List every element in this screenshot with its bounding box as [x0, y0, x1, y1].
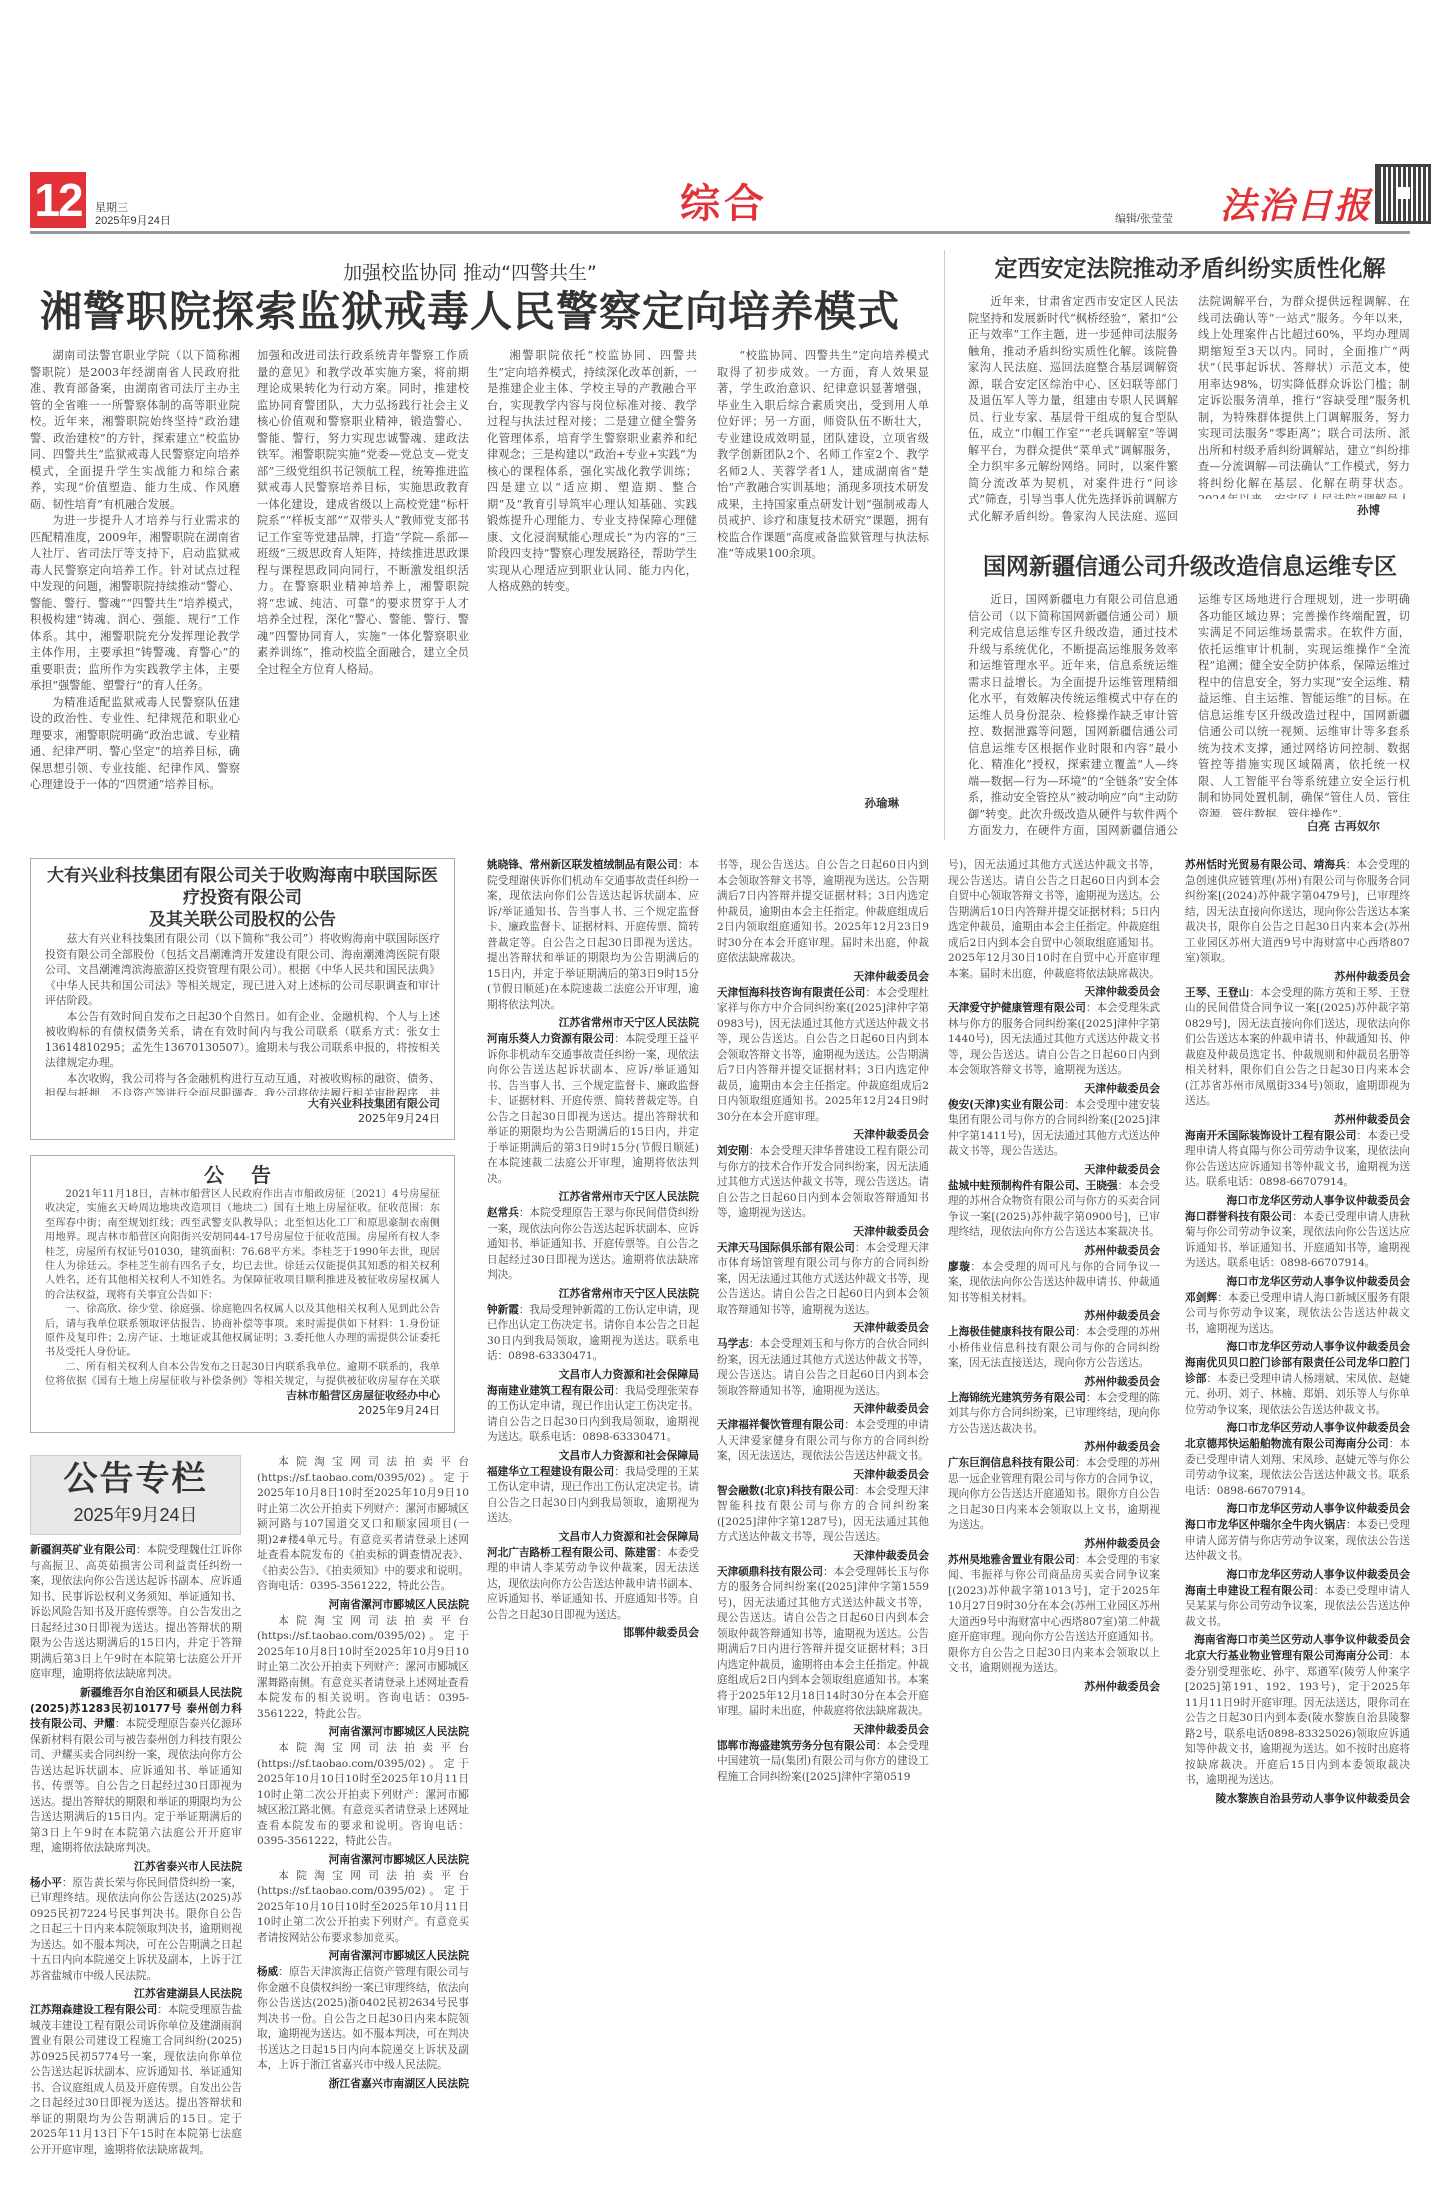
notice-item: 本院淘宝网司法拍卖平台(https://sf.taobao.com/0395/0… — [257, 1455, 469, 1612]
notices-col4: 书等，现公告送达。自公告之日起60日内到本会领取答辩文书等，逾期视为送达。公告期… — [717, 858, 929, 2158]
notice-item: 钟新霞：我局受理钟新霞的工伤认定申请，现已作出认定工伤决定书。请你自本公告之日起… — [487, 1303, 699, 1382]
column-divider — [944, 250, 945, 840]
article3-headline: 国网新疆信通公司升级改造信息运维专区 — [960, 550, 1420, 584]
notice-item: 廖璇：本会受理的周可凡与你的合同争议一案，现依法向你公告送达仲裁申请书、仲裁通知… — [948, 1260, 1160, 1324]
notice-item: 赵常兵：本院受理原告王翠与你民间借贷纠纷一案，现依法向你公告送达起诉状副本、应诉… — [487, 1206, 699, 1301]
paragraph: “校监协同、四警共生”定向培养模式取得了初步成效。一方面，育人效果显著，学生政治… — [717, 348, 929, 563]
acquisition-notice-box: 大有兴业科技集团有限公司关于收购海南中联国际医疗投资有限公司 及其关联公司股权的… — [30, 858, 455, 1140]
paragraph: 湖南司法警官职业学院（以下简称湘警职院）是2003年经湖南省人民政府批准、教育部… — [30, 348, 240, 513]
expropriation-notice-signer: 吉林市船营区房屋征收经办中心 — [45, 1388, 440, 1403]
article1-kicker: 加强校监协同 推动“四警共生” — [30, 258, 910, 285]
paragraph: 湘警职院依托“校监协同、四警共生”定向培养模式，持续深化改革创新，一是推建企业主… — [487, 348, 697, 596]
notice-item: 苏州恬时光贸易有限公司、靖海兵：本会受理的急创速供应链管理(苏州)有限公司与你服… — [1185, 858, 1410, 984]
notice-item: 书等，现公告送达。自公告之日起60日内到本会领取答辩文书等，逾期视为送达。公告期… — [717, 858, 929, 984]
notice-item: 广东巨润信息科技有限公司：本会受理的苏州思一远企业管理有限公司与你方的合同争议，… — [948, 1456, 1160, 1551]
notice-column-date: 2025年9月24日 — [31, 1502, 240, 1528]
notice-item: 俊安(天津)实业有限公司：本会受理中建安装集团有限公司与你方的合同纠纷案([20… — [948, 1098, 1160, 1177]
expropriation-notice-body: 2021年11月18日，吉林市船营区人民政府作出吉市船政房征〔2021〕4号房屋… — [45, 1188, 440, 1388]
qr-code-icon[interactable] — [1375, 164, 1431, 224]
notice-item: 天津硕鼎科技有限公司：本会受理韩长玉与你方的服务合同纠纷案([2025]津仲字第… — [717, 1565, 929, 1737]
article2-col2: 法院调解平台，为群众提供远程调解、在线司法确认等“一站式”服务。今年以来，线上处… — [1198, 294, 1410, 499]
page-number: 12 — [30, 172, 86, 228]
notice-item: 天津爱守护健康管理有限公司：本会受理朱武林与你方的服务合同纠纷案([2025]津… — [948, 1001, 1160, 1096]
paragraph: 运维专区场地进行合理规划，进一步明确各功能区域边界；完善操作终端配置，切实满足不… — [1198, 592, 1410, 817]
paragraph: 法院调解平台，为群众提供远程调解、在线司法确认等“一站式”服务。今年以来，线上处… — [1198, 294, 1410, 499]
notice-item: 天津天马国际俱乐部有限公司：本会受理天津市体育场馆管理有限公司与你方的合同纠纷案… — [717, 1241, 929, 1336]
newspaper-logo: 法治日报 — [1220, 178, 1372, 229]
notice-item: 姚晓锋、常州新区联发植绒制品有限公司：本院受理谢侠诉你们机动车交通事故责任纠纷一… — [487, 858, 699, 1030]
expropriation-notice-title: 公 告 — [45, 1162, 440, 1188]
article2-author: 孙博 — [1198, 502, 1410, 518]
notice-item: 盐城中蛀预制构件有限公司、王晓强：本会受理的苏州合众物资有限公司与你方的买卖合同… — [948, 1179, 1160, 1258]
editor-credit: 编辑/张莹莹 — [1115, 210, 1173, 226]
paragraph: 加强和改进司法行政系统青年警察工作质量的意见》和教学改革实施方案，将前期理论成果… — [257, 348, 469, 678]
notices-col5: 号)，因无法通过其他方式送达仲裁文书等，现公告送达。请自公告之日起60日内到本会… — [948, 858, 1160, 2158]
notice-item: 福建华立工程建设有限公司：我局受理的王某工伤认定申请，现已作出工伤认定决定书。请… — [487, 1465, 699, 1544]
notice-item: 王琴、王登山：本会受理的陈方英和王琴、王登山的民间借贷合同争议一案[(2025)… — [1185, 986, 1410, 1127]
notice-item: 海南优贝贝口腔门诊部有限责任公司龙华口腔门诊部：本委已受理申请人杨翊斌、宋凤依、… — [1185, 1356, 1410, 1435]
notice-item: 天津恒海科技咨询有限责任公司：本会受理杜家祥与你方中介合同纠纷案([2025]津… — [717, 986, 929, 1143]
date: 2025年9月24日 — [95, 215, 171, 228]
notice-item: 河北广吉路桥工程有限公司、陈建雷：本委受理的申请人李某劳动争议仲裁案，因无法送达… — [487, 1546, 699, 1641]
expropriation-notice-date: 2025年9月24日 — [45, 1403, 440, 1418]
weekday: 星期三 — [95, 202, 171, 215]
article3-author: 白亮 古再奴尔 — [1198, 818, 1410, 834]
notice-item: 上海极佳健康科技有限公司：本会受理的苏州小桥伟业信息科技有限公司与你的合同纠纷案… — [948, 1325, 1160, 1389]
notice-item: 智会融数(北京)科技有限公司：本会受理天津智能科技有限公司与你方的合同纠纷案([… — [717, 1484, 929, 1563]
top-margin — [0, 0, 1440, 160]
notice-item: 杨威：原告天津滨海正信资产管理有限公司与你金融不良债权纠纷一案已审理终结，依法向… — [257, 1965, 469, 2091]
notice-item: 苏州昊地雅舍置业有限公司：本会受理的韦家闻、韦振祥与你公司商品房买卖合同争议案[… — [948, 1553, 1160, 1694]
expropriation-notice-box: 公 告 2021年11月18日，吉林市船营区人民政府作出吉市船政房征〔2021〕… — [30, 1155, 455, 1433]
masthead-divider — [30, 231, 1410, 234]
notice-item: 海南建业建筑工程有限公司：我局受理张荣春的工伤认定申请，现已作出认定工伤决定书。… — [487, 1384, 699, 1463]
article2-headline: 定西安定法院推动矛盾纠纷实质性化解 — [960, 252, 1420, 286]
article1-col1: 湖南司法警官职业学院（以下简称湘警职院）是2003年经湖南省人民政府批准、教育部… — [30, 348, 240, 818]
notice-item: 海南土申建设工程有限公司：本委已受理申请人吴某某与你公司劳动争议案，现依法公告送… — [1185, 1584, 1410, 1648]
notice-column-header: 公告专栏 2025年9月24日 — [30, 1455, 241, 1535]
notices-col3: 姚晓锋、常州新区联发植绒制品有限公司：本院受理谢侠诉你们机动车交通事故责任纠纷一… — [487, 858, 699, 2158]
section-title: 综合 — [680, 172, 768, 229]
notice-item: 北京德邦快运船舶物流有限公司海南分公司：本委已受理申请人刘翔、宋凤珍、赵婕元等与… — [1185, 1437, 1410, 1516]
paragraph: 近日，国网新疆电力有限公司信息通信公司（以下简称国网新疆信通公司）顺利完成信息运… — [968, 592, 1178, 840]
notice-item: 海口群誉科技有限公司：本委已受理申请人唐秋菊与你公司劳动争议案，现依法向你公告送… — [1185, 1210, 1410, 1289]
notice-item: (2025)苏1283民初10177号 泰州创力科技有限公司、尹耀：本院受理原告… — [30, 1702, 242, 1874]
article3-col2: 运维专区场地进行合理规划，进一步明确各功能区域边界；完善操作终端配置，切实满足不… — [1198, 592, 1410, 817]
article1-col3: 湘警职院依托“校监协同、四警共生”定向培养模式，持续深化改革创新，一是推建企业主… — [487, 348, 697, 818]
notice-item: 河南乐葵人力资源有限公司：本院受理王益平诉你非机动车交通事故责任纠纷一案，现依法… — [487, 1032, 699, 1204]
notices-col6: 苏州恬时光贸易有限公司、靖海兵：本会受理的急创速供应链管理(苏州)有限公司与你服… — [1185, 858, 1410, 2158]
notice-item: 本院淘宝网司法拍卖平台(https://sf.taobao.com/0395/0… — [257, 1741, 469, 1867]
notices-col1: 新疆润英矿业有限公司：本院受理魏仕江诉你与高振卫、高英茹损害公司利益责任纠纷一案… — [30, 1543, 242, 2158]
paragraph: 近年来，甘肃省定西市安定区人民法院坚持和发展新时代“枫桥经验”，紧扣“公正与效率… — [968, 294, 1178, 524]
notice-item: 号)，因无法通过其他方式送达仲裁文书等，现公告送达。请自公告之日起60日内到本会… — [948, 858, 1160, 999]
notice-item: 邯郸市海盛建筑劳务分包有限公司：本会受理中国建筑一局(集团)有限公司与你方的建设… — [717, 1739, 929, 1786]
masthead: 12 星期三 2025年9月24日 综合 编辑/张莹莹 法治日报 — [30, 160, 1410, 230]
notices-col2: 本院淘宝网司法拍卖平台(https://sf.taobao.com/0395/0… — [257, 1455, 469, 2158]
notice-item: 本院淘宝网司法拍卖平台(https://sf.taobao.com/0395/0… — [257, 1614, 469, 1740]
notice-item: 邓剑辉：本委已受理申请人海口新城区服务有限公司与你劳动争议案，现依法公告送达仲裁… — [1185, 1291, 1410, 1355]
acquisition-notice-body: 兹大有兴业科技集团有限公司（以下简称“我公司”）将收购海南中联国际医疗投资有限公… — [45, 931, 440, 1096]
article1-headline: 湘警职院探索监狱戒毒人民警察定向培养模式 — [20, 283, 920, 341]
notice-item: 刘安刚：本会受理天津华普建设工程有限公司与你方的技术合作开发合同纠纷案，因无法通… — [717, 1144, 929, 1239]
acquisition-notice-signer: 大有兴业科技集团有限公司 — [45, 1096, 440, 1111]
notice-column-title: 公告专栏 — [31, 1456, 240, 1502]
article1-author: 孙瑜琳 — [717, 795, 929, 811]
article1-col4: “校监协同、四警共生”定向培养模式取得了初步成效。一方面，育人效果显著，学生政治… — [717, 348, 929, 788]
notice-item: 北京大行基业物业管理有限公司海南分公司：本委分别受理张屹、孙宇、郑遒军(陵劳人仲… — [1185, 1649, 1410, 1806]
notice-item: 上海锦统光建筑劳务有限公司：本会受理的陈刘其与你方合同纠纷案，已审理终结，现向你… — [948, 1391, 1160, 1455]
paragraph: 为进一步提升人才培养与行业需求的匹配精准度，2009年，湘警职院在湖南省人社厅、… — [30, 513, 240, 695]
acquisition-notice-date: 2025年9月24日 — [45, 1111, 440, 1126]
article2-col1: 近年来，甘肃省定西市安定区人民法院坚持和发展新时代“枫桥经验”，紧扣“公正与效率… — [968, 294, 1178, 524]
notice-item: 海口市龙华区仲瑞尔全牛肉火锅店：本委已受理申请人邱芳倩与你店劳动争议案，现依法公… — [1185, 1518, 1410, 1582]
notice-item: 杨小平：原告黄长荣与你民间借贷纠纷一案，已审理终结。现依法向你公告送达(2025… — [30, 1876, 242, 2002]
notice-item: 本院淘宝网司法拍卖平台(https://sf.taobao.com/0395/0… — [257, 1869, 469, 1964]
notice-item: 新疆润英矿业有限公司：本院受理魏仕江诉你与高振卫、高英茹损害公司利益责任纠纷一案… — [30, 1543, 242, 1700]
article1-col2: 加强和改进司法行政系统青年警察工作质量的意见》和教学改革实施方案，将前期理论成果… — [257, 348, 469, 818]
issue-date: 星期三 2025年9月24日 — [95, 202, 171, 228]
notice-item: 马学志：本会受理刘玉和与你方的合伙合同纠纷案，因无法通过其他方式送达仲裁文书等，… — [717, 1337, 929, 1416]
article3-col1: 近日，国网新疆电力有限公司信息通信公司（以下简称国网新疆信通公司）顺利完成信息运… — [968, 592, 1178, 840]
notice-item: 天津福祥餐饮管理有限公司：本会受理的申请人天津爱家健身有限公司与你方的合同纠纷案… — [717, 1418, 929, 1482]
notice-item: 海南开禾国际装饰设计工程有限公司：本委已受理申请人将貞陽与你公司劳动争议案，现依… — [1185, 1129, 1410, 1208]
notice-item: 江苏翔森建设工程有限公司：本院受理原告盐城茂丰建设工程有限公司诉你单位及建湖雨润… — [30, 2003, 242, 2158]
acquisition-notice-title: 大有兴业科技集团有限公司关于收购海南中联国际医疗投资有限公司 及其关联公司股权的… — [45, 865, 440, 931]
paragraph: 为精准适配监狱戒毒人民警察队伍建设的政治性、专业性、纪律规范和职业心理要求，湘警… — [30, 695, 240, 794]
